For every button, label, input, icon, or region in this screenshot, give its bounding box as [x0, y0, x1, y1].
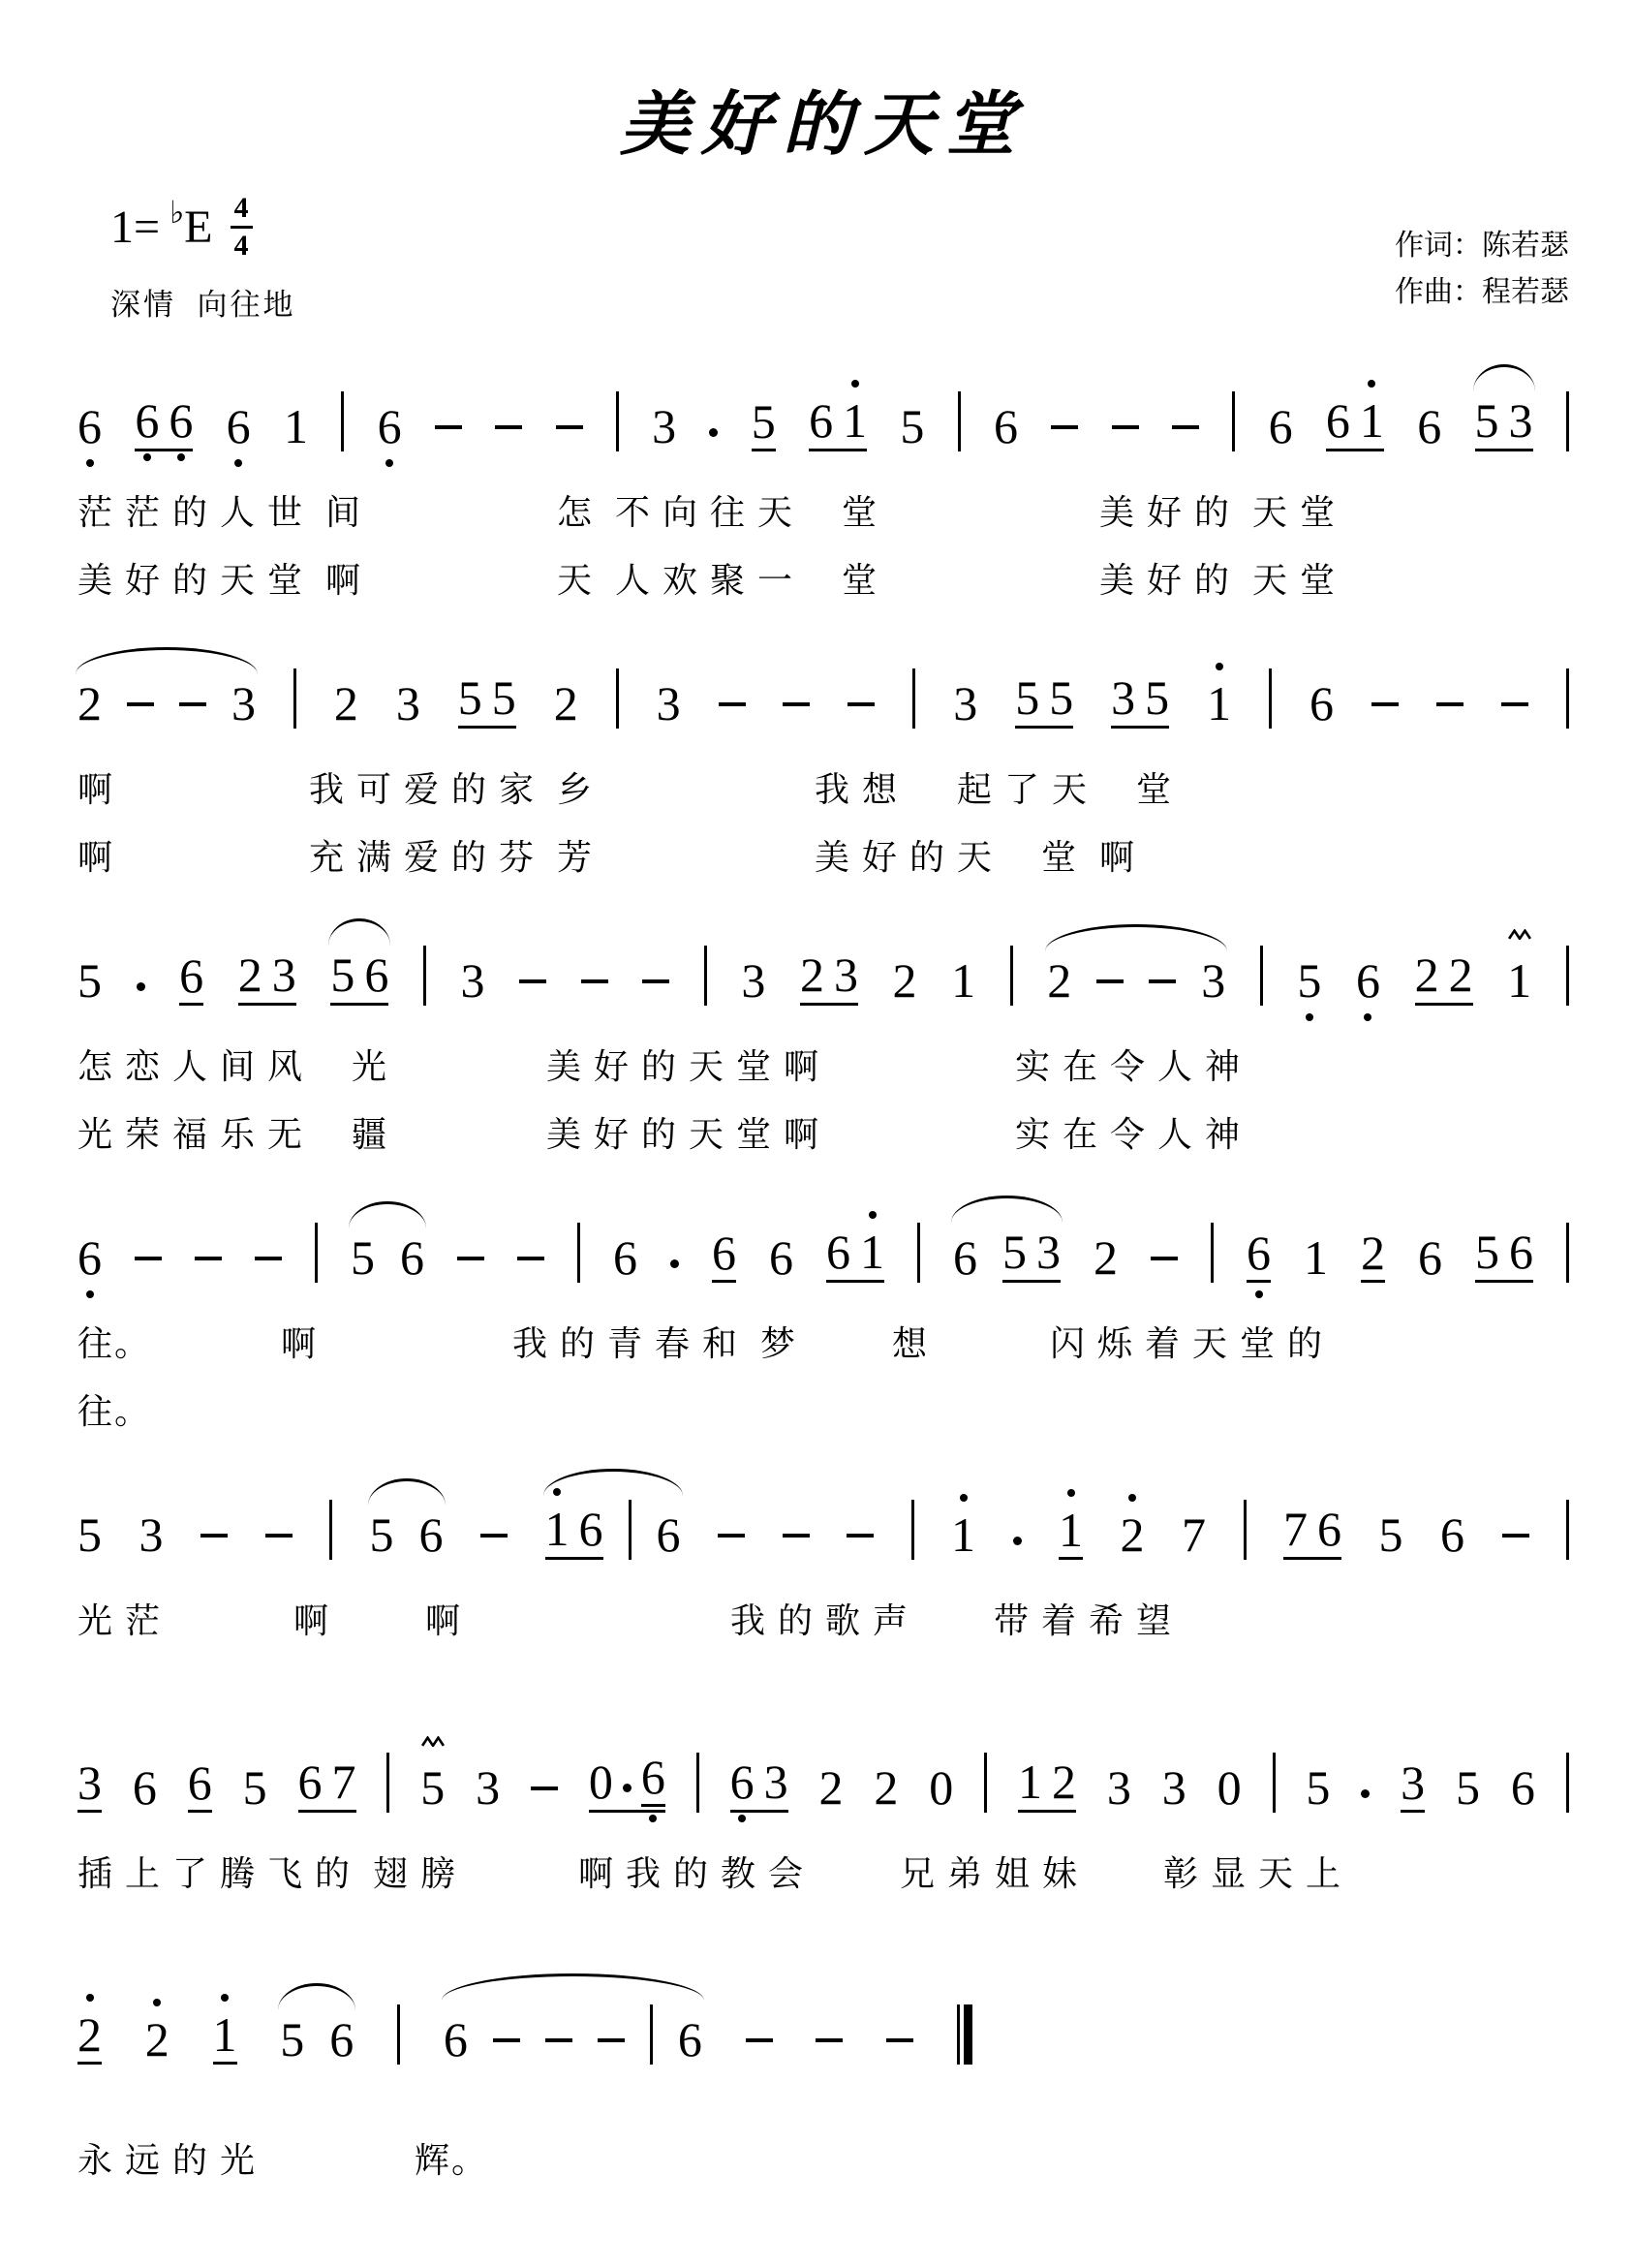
- dash-extension: [1436, 702, 1464, 706]
- dash-extension: [783, 1534, 810, 1538]
- note-group: 166: [545, 1500, 681, 1560]
- slur-arc: [543, 1469, 683, 1496]
- note-6: 6: [613, 1232, 637, 1283]
- note-group: 653: [953, 1227, 1061, 1283]
- note-6: 6: [135, 395, 159, 446]
- note-5: 5: [1297, 955, 1321, 1006]
- dash-extension: [783, 702, 810, 706]
- octave-dot-below: [649, 1815, 657, 1822]
- dash-extension: [127, 702, 154, 706]
- flat-sign-icon: ♭: [169, 197, 184, 228]
- music-system-6: 366567530663220123305356 插 上 了 腾 飞 的 翅 膀…: [77, 1713, 1569, 1896]
- octave-dot-below: [1306, 1013, 1313, 1021]
- note-2: 2: [77, 2009, 102, 2065]
- key-and-expression: 1= ♭ E 4 4 深情 向往地: [77, 194, 296, 324]
- barline: [616, 391, 619, 451]
- octave-dot-below: [234, 459, 242, 467]
- note-3: 3: [741, 955, 765, 1006]
- notation-line: 666616356156661653: [77, 353, 1569, 467]
- dash-extension: [1149, 979, 1176, 983]
- barline: [1211, 1223, 1214, 1283]
- note-6: 6: [678, 2014, 702, 2065]
- note-1: 1: [1059, 1505, 1083, 1560]
- meter-denominator: 4: [234, 229, 249, 261]
- barline: [984, 1753, 987, 1813]
- note-6: 6: [1269, 401, 1293, 451]
- note-5: 5: [1015, 672, 1039, 723]
- octave-dot-above: [1216, 663, 1223, 670]
- note-6: 6: [77, 1232, 102, 1283]
- note-6: 6: [400, 1232, 424, 1283]
- note-group: 61: [809, 395, 867, 451]
- barline: [423, 946, 426, 1006]
- octave-dot-below: [143, 453, 151, 461]
- barline: [293, 668, 296, 729]
- note-6: 6: [77, 401, 102, 451]
- meter-numerator: 4: [231, 194, 253, 229]
- barline: [1566, 946, 1569, 1006]
- note-5: 5: [1306, 1762, 1330, 1813]
- lyrics-line: 美 好 的 天 堂 啊 天 人 欢 聚 一 堂 美 好 的 天 堂: [77, 558, 1569, 603]
- credits: 作词：陈若瑟 作曲：程若瑟: [1395, 223, 1569, 316]
- notation-line: 5623563323212356221: [77, 907, 1569, 1021]
- key-letter: E: [184, 204, 212, 251]
- octave-dot-above: [1368, 380, 1375, 388]
- final-barline: [957, 2004, 972, 2065]
- key-signature: 1= ♭ E 4 4: [110, 194, 296, 261]
- dash-extension: [1502, 1534, 1529, 1538]
- octave-dot-above: [960, 1494, 968, 1502]
- note-2: 2: [1094, 1232, 1118, 1283]
- notation-line: 232355233553516: [77, 630, 1569, 744]
- dash-extension: [495, 425, 522, 429]
- barline: [917, 1223, 920, 1283]
- barline: [912, 668, 915, 729]
- note-2: 2: [554, 678, 578, 729]
- barline: [329, 1500, 332, 1560]
- note-2: 2: [238, 949, 262, 1000]
- note-6: 6: [419, 1509, 444, 1560]
- dash-extension: [1371, 702, 1399, 706]
- note-6: 6: [298, 1756, 323, 1807]
- dash-extension: [1501, 702, 1528, 706]
- dash-extension: [847, 1534, 874, 1538]
- note-1: 1: [213, 2009, 237, 2065]
- octave-dot-below: [738, 1815, 746, 1822]
- octave-dot-above: [869, 1211, 877, 1219]
- note-6: 6: [364, 949, 388, 1000]
- octave-dot-above: [153, 1999, 161, 2006]
- composer-credit: 作曲：程若瑟: [1395, 269, 1569, 316]
- note-3: 3: [657, 678, 681, 729]
- slur-arc: [442, 1973, 704, 2001]
- dash-extension: [598, 2038, 625, 2042]
- music-system-7: 2215666 永 远 的 光 辉。: [77, 1966, 1569, 2183]
- note-7: 7: [1182, 1509, 1206, 1560]
- note-5: 5: [280, 2014, 304, 2065]
- note-group: 56: [280, 2014, 354, 2065]
- barline: [616, 668, 619, 729]
- note-3: 3: [1401, 1757, 1425, 1813]
- note-2: 2: [874, 1762, 898, 1813]
- note-1: 1: [1018, 1756, 1042, 1807]
- note-3: 3: [764, 1756, 788, 1807]
- note-group: 16: [545, 1504, 603, 1560]
- note-6: 6: [1417, 401, 1441, 451]
- note-3: 3: [1509, 395, 1533, 446]
- dash-extension: [746, 2038, 773, 2042]
- barline: [577, 1223, 580, 1283]
- note-5: 5: [243, 1762, 267, 1813]
- note-group: 66: [444, 2004, 702, 2065]
- note-group: 23: [1047, 955, 1225, 1006]
- note-6: 6: [179, 950, 203, 1006]
- expression-marking: 深情 向往地: [110, 280, 296, 324]
- note-5: 5: [1456, 1762, 1480, 1813]
- augmentation-dot: [670, 1259, 679, 1268]
- dash-extension: [556, 425, 583, 429]
- octave-dot-below: [86, 1290, 94, 1298]
- note-6: 6: [809, 395, 833, 446]
- note-5: 5: [1145, 672, 1169, 723]
- lyrics-line: 啊 我 可 爱 的 家 乡 我 想 起 了 天 堂: [77, 767, 1569, 812]
- barline: [315, 1223, 318, 1283]
- lyrics-line: 往。: [77, 1389, 1569, 1434]
- barline: [341, 391, 344, 451]
- note-group: 76: [1283, 1504, 1341, 1560]
- slur-arc: [76, 647, 258, 674]
- dash-extension: [200, 1534, 228, 1538]
- note-group: 22: [1415, 949, 1473, 1006]
- note-6: 6: [1247, 1227, 1271, 1283]
- barline: [1010, 946, 1013, 1006]
- dash-extension: [642, 979, 669, 983]
- barline: [1566, 1223, 1569, 1283]
- note-2: 2: [77, 678, 102, 729]
- note-1: 1: [843, 395, 867, 446]
- note-6: 6: [444, 2014, 468, 2065]
- slur-arc: [278, 1983, 355, 2010]
- notation-line: 2215666: [77, 1966, 972, 2080]
- note-group: 35: [1111, 672, 1169, 729]
- note-5: 5: [900, 401, 924, 451]
- dash-extension: [493, 2038, 520, 2042]
- note-6: 6: [1509, 1227, 1533, 1277]
- score-header: 1= ♭ E 4 4 深情 向往地 作词：陈若瑟 作曲：程若瑟: [77, 194, 1569, 324]
- note-2: 2: [1449, 949, 1473, 1000]
- octave-dot-below: [86, 459, 94, 467]
- note-5: 5: [351, 1232, 375, 1283]
- dash-extension: [886, 2038, 913, 2042]
- note-3: 3: [272, 949, 296, 1000]
- note-6: 6: [712, 1227, 736, 1283]
- dash-extension: [457, 1257, 484, 1260]
- note-1: 1: [860, 1227, 884, 1277]
- note-3: 3: [476, 1762, 500, 1813]
- note-0: 0: [1217, 1762, 1242, 1813]
- dash-extension: [816, 2038, 843, 2042]
- note-2: 2: [1415, 949, 1439, 1000]
- note-5: 5: [330, 949, 354, 1000]
- dash-extension: [1096, 979, 1124, 983]
- dash-extension: [1051, 425, 1078, 429]
- slur-arc: [1045, 924, 1227, 951]
- time-signature: 4 4: [231, 194, 253, 261]
- note-2: 2: [1121, 1509, 1145, 1560]
- note-3: 3: [652, 401, 676, 451]
- note-7: 7: [1283, 1504, 1308, 1554]
- note-1: 1: [1304, 1232, 1328, 1283]
- note-5: 5: [1379, 1509, 1403, 1560]
- note-3: 3: [396, 678, 420, 729]
- note-1: 1: [951, 1509, 975, 1560]
- note-1: 1: [284, 401, 308, 451]
- note-group: 12: [1018, 1756, 1076, 1813]
- barline: [1566, 391, 1569, 451]
- note-3: 3: [1107, 1762, 1131, 1813]
- note-6: 6: [1511, 1762, 1535, 1813]
- dash-extension: [718, 1534, 745, 1538]
- dash-extension: [255, 1257, 282, 1260]
- barline: [386, 1753, 389, 1813]
- note-6: 6: [1317, 1504, 1341, 1554]
- note-6: 6: [1440, 1509, 1464, 1560]
- note-3: 3: [77, 1757, 102, 1813]
- dash-extension: [195, 1257, 222, 1260]
- barline: [650, 2004, 653, 2065]
- octave-dot-above: [851, 380, 859, 388]
- note-6: 6: [769, 1232, 793, 1283]
- barline: [629, 1500, 632, 1560]
- octave-dot-below: [177, 453, 185, 461]
- note-3: 3: [231, 678, 256, 729]
- barline: [1273, 1753, 1276, 1813]
- barline: [958, 391, 961, 451]
- dash-extension: [480, 1534, 508, 1538]
- note-6: 6: [329, 2014, 354, 2065]
- barline: [1244, 1500, 1247, 1560]
- note-6: 6: [169, 395, 193, 446]
- octave-dot-above: [221, 1994, 229, 2002]
- note-2: 2: [334, 678, 358, 729]
- barline: [1566, 1753, 1569, 1813]
- lyrics-line: 插 上 了 腾 飞 的 翅 膀 啊 我 的 教 会 兄 弟 姐 妹 彰 显 天 …: [77, 1851, 1569, 1896]
- note-1: 1: [951, 955, 975, 1006]
- note-3: 3: [1162, 1762, 1186, 1813]
- music-system-1: 666616356156661653 茫 茫 的 人 世 间 怎 不 向 往 天…: [77, 353, 1569, 603]
- dash-extension: [519, 979, 546, 983]
- dash-extension: [1151, 1257, 1178, 1260]
- note-2: 2: [1361, 1227, 1385, 1283]
- lyricist-credit: 作词：陈若瑟: [1395, 223, 1569, 269]
- barline: [1269, 668, 1272, 729]
- lyrics-line: 永 远 的 光 辉。: [77, 2138, 1569, 2183]
- note-1: 1: [545, 1504, 570, 1554]
- note-0: 0: [929, 1762, 953, 1813]
- dash-extension: [1172, 425, 1199, 429]
- note-group: 61: [826, 1227, 884, 1283]
- octave-dot-above: [1128, 1494, 1136, 1502]
- note-5: 5: [492, 672, 516, 723]
- note-3: 3: [139, 1509, 164, 1560]
- note-3: 3: [460, 955, 484, 1006]
- dash-extension: [531, 1786, 558, 1790]
- note-6: 6: [188, 1757, 212, 1813]
- note-6: 6: [1309, 678, 1334, 729]
- barline: [1232, 391, 1235, 451]
- octave-dot-below: [385, 459, 393, 467]
- slur-arc: [1473, 364, 1535, 391]
- note-group: 23: [800, 949, 858, 1006]
- note-group: 66: [135, 395, 193, 451]
- note-5: 5: [1475, 395, 1499, 446]
- note-group: 55: [458, 672, 516, 729]
- sheet-music-page: 美好的天堂 1= ♭ E 4 4 深情 向往地 作词：陈若瑟 作曲：程若瑟 66…: [0, 0, 1633, 2268]
- octave-dot-above: [1067, 1489, 1075, 1497]
- note-6: 6: [579, 1504, 603, 1554]
- note-group: 53: [1002, 1227, 1061, 1283]
- note-2: 2: [145, 2014, 169, 2065]
- note-group: 61: [1326, 395, 1384, 451]
- music-system-5: 535616611277656 光 茫 啊 啊 我 的 歌 声 带 着 希 望: [77, 1461, 1569, 1643]
- barline: [1566, 1500, 1569, 1560]
- note-6: 6: [641, 1752, 665, 1807]
- note-1: 1: [1507, 955, 1531, 1006]
- augmentation-dot: [1361, 1789, 1370, 1798]
- slur-arc: [349, 1201, 426, 1228]
- note-1: 1: [1360, 395, 1384, 446]
- mordent-icon: [1508, 929, 1531, 940]
- note-5: 5: [77, 955, 102, 1006]
- barline: [911, 1500, 914, 1560]
- dash-extension: [847, 702, 875, 706]
- music-system-3: 5623563323212356221 怎 恋 人 间 风 光 美 好 的 天 …: [77, 907, 1569, 1157]
- note-6: 6: [378, 401, 402, 451]
- note-group: 56: [351, 1232, 424, 1283]
- note-group: 06: [589, 1752, 665, 1813]
- slur-arc: [328, 918, 390, 946]
- note-6: 6: [730, 1756, 755, 1807]
- notation-line: 366567530663220123305356: [77, 1713, 1569, 1828]
- barline: [397, 2004, 400, 2065]
- lyrics-line: 啊 充 满 爱 的 芬 芳 美 好 的 天 堂 啊: [77, 835, 1569, 880]
- mordent-icon: [421, 1736, 445, 1747]
- note-3: 3: [1036, 1227, 1061, 1277]
- note-group: 23: [77, 678, 256, 729]
- note-2: 2: [893, 955, 917, 1006]
- note-3: 3: [953, 678, 977, 729]
- note-5: 5: [1049, 672, 1073, 723]
- barline: [704, 946, 707, 1006]
- music-system-4: 656666616532612656 往。 啊 我 的 青 春 和 梦 想 闪 …: [77, 1184, 1569, 1434]
- note-2: 2: [1052, 1756, 1076, 1807]
- note-6: 6: [1326, 395, 1350, 446]
- note-group: 56: [370, 1509, 444, 1560]
- note-3: 3: [1111, 672, 1135, 723]
- note-2: 2: [800, 949, 824, 1000]
- notation-line: 656666616532612656: [77, 1184, 1569, 1298]
- lyrics-line: 光 茫 啊 啊 我 的 歌 声 带 着 希 望: [77, 1599, 1569, 1643]
- dash-extension: [517, 1257, 544, 1260]
- note-3: 3: [834, 949, 858, 1000]
- note-5: 5: [77, 1509, 102, 1560]
- lyrics-line: 怎 恋 人 间 风 光 美 好 的 天 堂 啊 实 在 令 人 神: [77, 1044, 1569, 1089]
- note-group: 23: [238, 949, 296, 1006]
- note-6: 6: [826, 1227, 850, 1277]
- note-group: 55: [1015, 672, 1073, 729]
- dash-extension: [581, 979, 608, 983]
- key-prefix: 1=: [110, 204, 160, 251]
- lyrics-line: 往。 啊 我 的 青 春 和 梦 想 闪 烁 着 天 堂 的: [77, 1321, 1569, 1366]
- note-group: 67: [298, 1756, 356, 1813]
- augmentation-dot: [623, 1784, 632, 1792]
- note-2: 2: [819, 1762, 844, 1813]
- note-group: 63: [730, 1756, 788, 1813]
- note-0: 0: [589, 1756, 613, 1807]
- note-5: 5: [1475, 1227, 1499, 1277]
- note-6: 6: [227, 401, 251, 451]
- augmentation-dot: [137, 982, 145, 991]
- dash-extension: [545, 2038, 572, 2042]
- note-6: 6: [133, 1762, 157, 1813]
- dash-extension: [435, 425, 462, 429]
- note-5: 5: [752, 396, 776, 451]
- barline: [1566, 668, 1569, 729]
- page-title: 美好的天堂: [77, 68, 1569, 169]
- octave-dot-above: [86, 1994, 94, 2002]
- dash-extension: [179, 702, 206, 706]
- note-5: 5: [1002, 1227, 1027, 1277]
- note-6: 6: [1418, 1232, 1442, 1283]
- note-2: 2: [1047, 955, 1071, 1006]
- note-6: 6: [657, 1509, 681, 1560]
- barline: [696, 1753, 699, 1813]
- note-group: 53: [1475, 395, 1533, 451]
- augmentation-dot: [1013, 1537, 1022, 1545]
- augmentation-dot: [709, 428, 718, 437]
- dash-extension: [719, 702, 746, 706]
- octave-dot-below: [1364, 1013, 1371, 1021]
- notation-line: 535616611277656: [77, 1461, 1569, 1575]
- note-3: 3: [1201, 955, 1225, 1006]
- music-system-2: 232355233553516 啊 我 可 爱 的 家 乡 我 想 起 了 天 …: [77, 630, 1569, 880]
- slur-arc: [951, 1196, 1063, 1223]
- note-5: 5: [370, 1509, 394, 1560]
- note-1: 1: [1207, 678, 1231, 729]
- dash-extension: [265, 1534, 293, 1538]
- note-group: 56: [1475, 1227, 1533, 1283]
- dash-extension: [135, 1257, 162, 1260]
- note-5: 5: [420, 1762, 445, 1813]
- lyrics-line: 茫 茫 的 人 世 间 怎 不 向 往 天 堂 美 好 的 天 堂: [77, 490, 1569, 535]
- note-7: 7: [332, 1756, 356, 1807]
- note-6: 6: [1356, 955, 1380, 1006]
- note-group: 56: [330, 949, 388, 1006]
- note-6: 6: [953, 1232, 977, 1283]
- lyrics-line: 光 荣 福 乐 无 疆 美 好 的 天 堂 啊 实 在 令 人 神: [77, 1112, 1569, 1157]
- music-systems: 666616356156661653 茫 茫 的 人 世 间 怎 不 向 往 天…: [77, 353, 1569, 2183]
- slur-arc: [368, 1478, 446, 1506]
- barline: [1260, 946, 1263, 1006]
- dash-extension: [1112, 425, 1139, 429]
- note-5: 5: [458, 672, 482, 723]
- note-6: 6: [994, 401, 1018, 451]
- octave-dot-below: [1255, 1290, 1263, 1298]
